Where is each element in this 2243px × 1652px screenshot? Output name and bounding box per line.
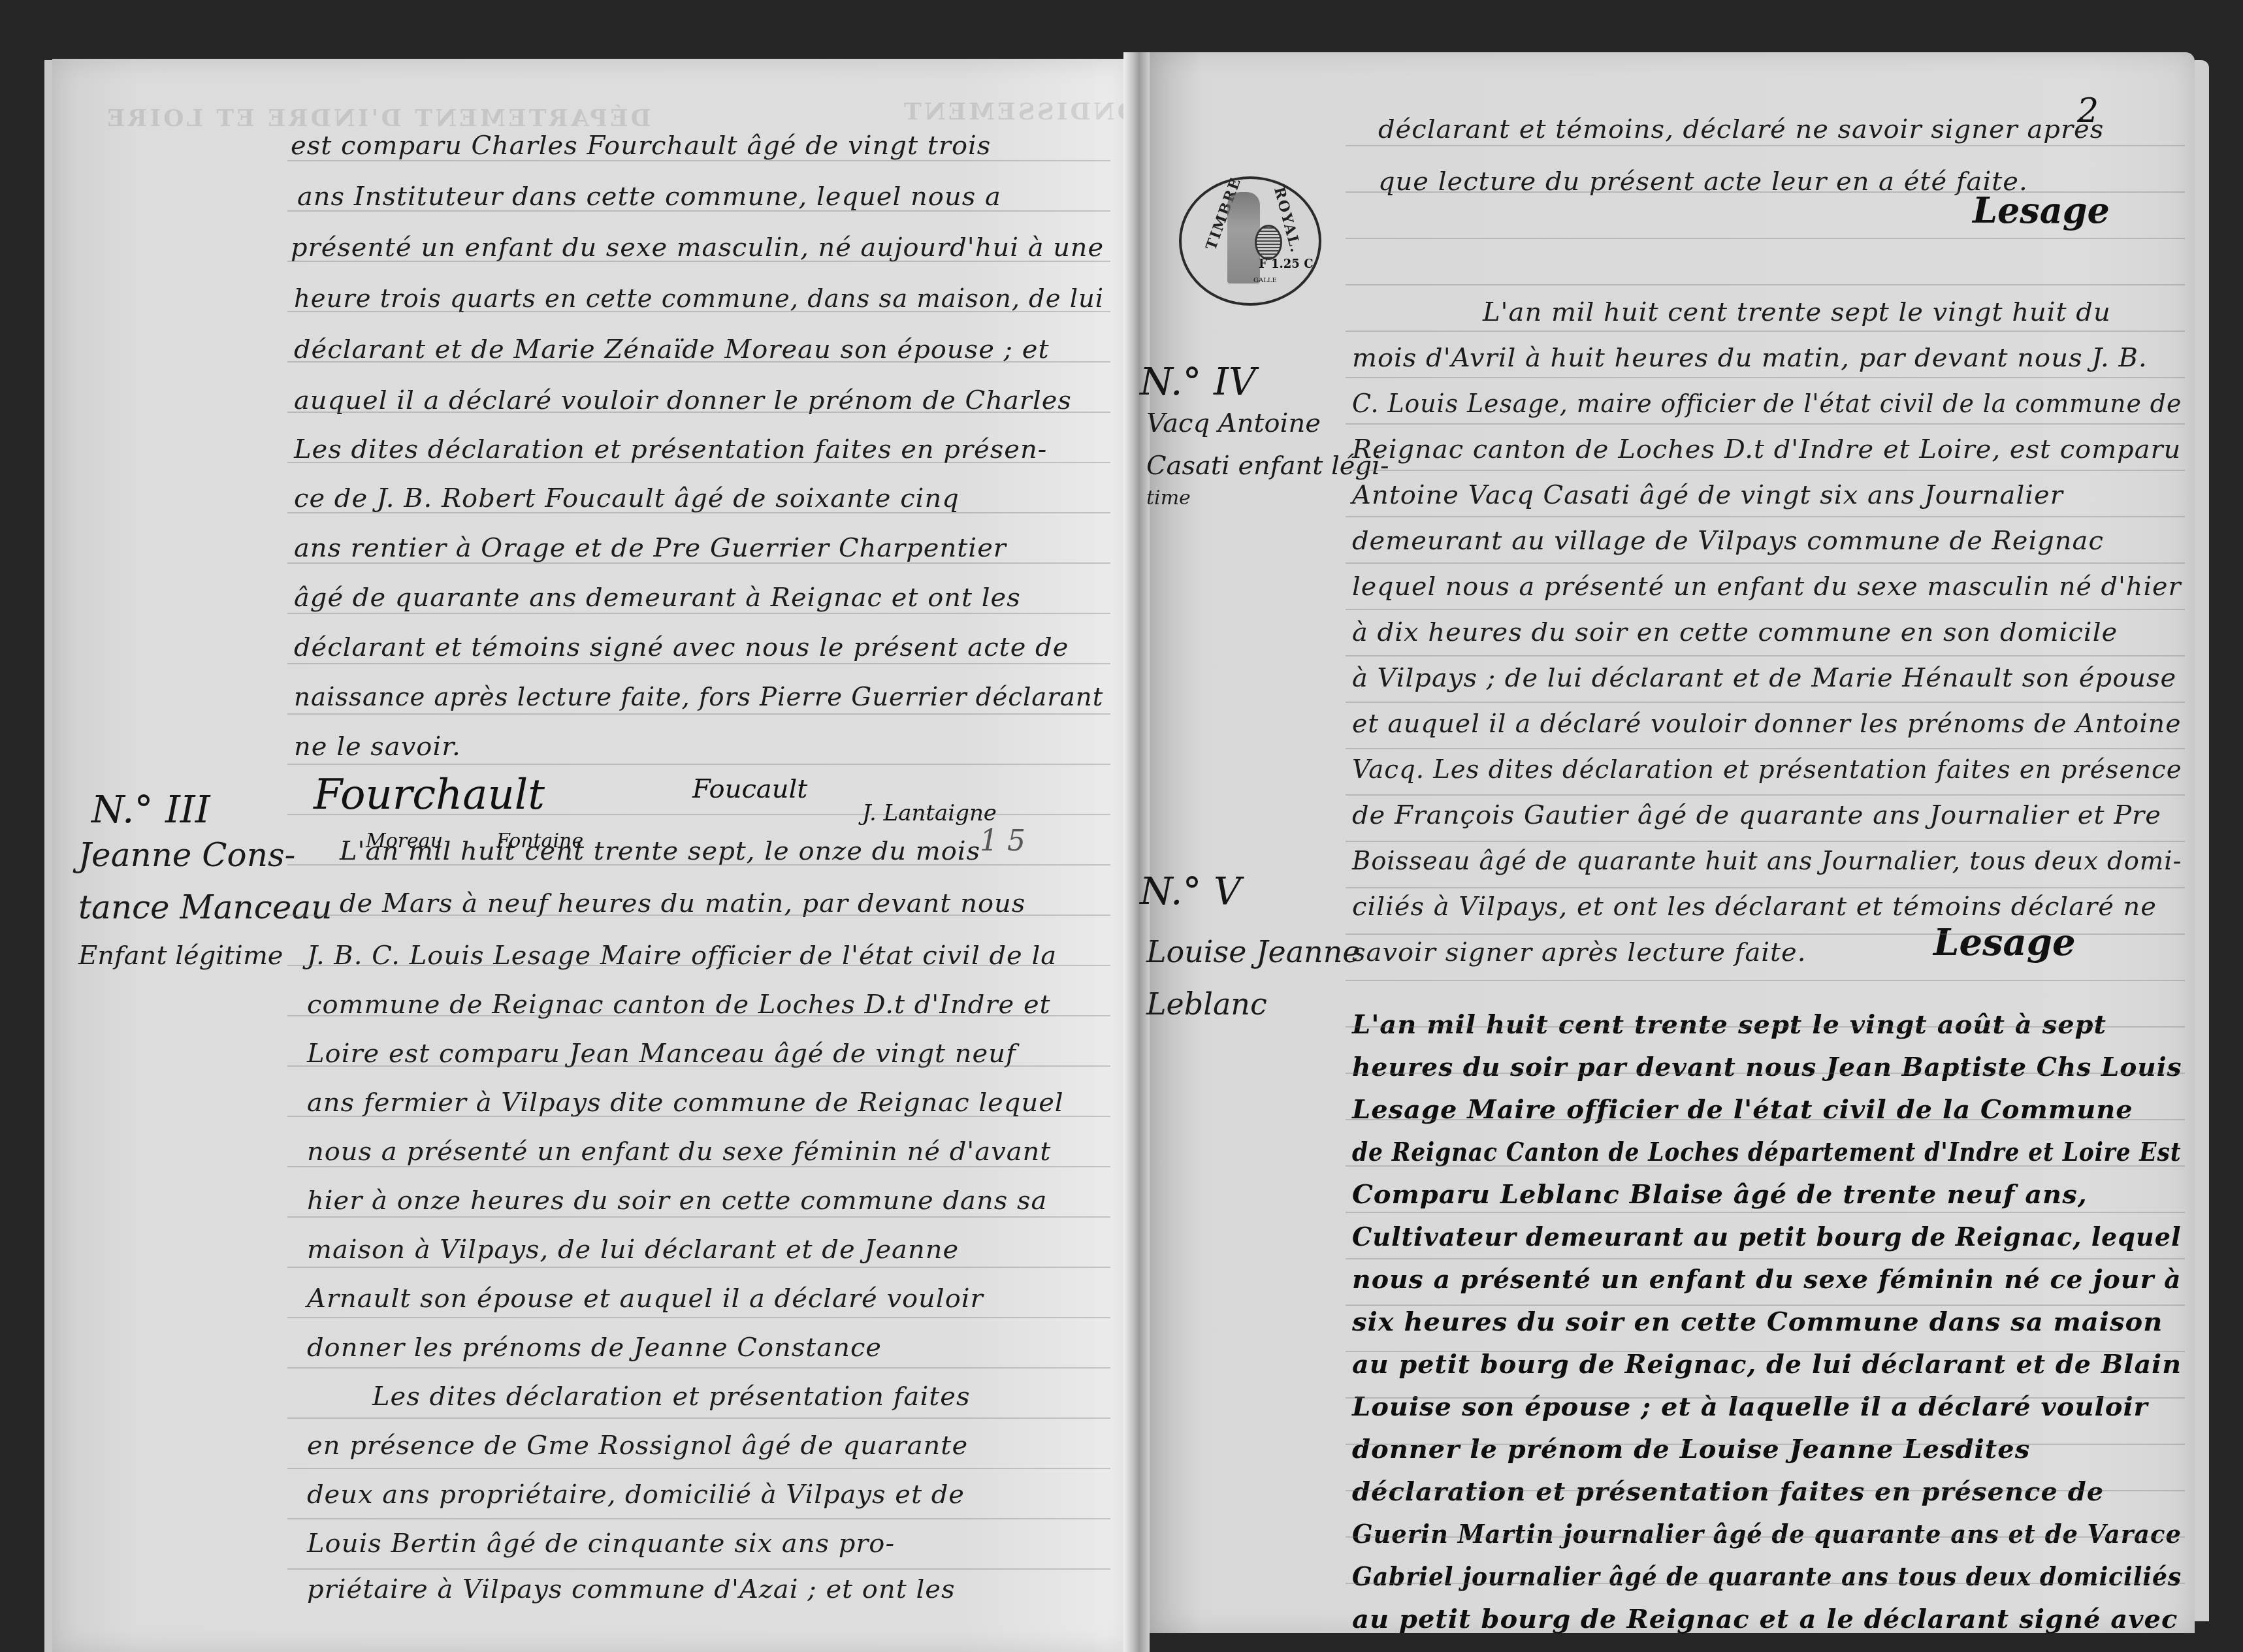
ruled-line — [287, 512, 1110, 513]
text-line: demeurant au village de Vilpays commune … — [1352, 526, 2104, 556]
text-line: Vacq. Les dites déclaration et présentat… — [1352, 754, 2182, 785]
ruled-line — [287, 613, 1110, 614]
text-line: maison à Vilpays, de lui déclarant et de… — [307, 1235, 959, 1265]
signature: Foucault — [692, 774, 807, 804]
ruled-line — [1346, 1026, 2185, 1028]
text-line: Louise son épouse ; et à laquelle il a d… — [1352, 1391, 2148, 1422]
margin-name: tance Manceau — [78, 888, 332, 926]
text-line: heure trois quarts en cette commune, dan… — [294, 283, 1104, 314]
ruled-line — [1346, 980, 2185, 981]
text-line: au petit bourg de Reignac, de lui déclar… — [1352, 1349, 2182, 1380]
text-line: à Vilpays ; de lui déclarant et de Marie… — [1352, 663, 2176, 693]
ruled-line — [287, 210, 1110, 212]
ruled-line — [1346, 1397, 2185, 1399]
text-line: déclarant et de Marie Zénaïde Moreau son… — [294, 334, 1049, 364]
mayor-signature: Lesage — [1933, 921, 2076, 964]
act-number: N.° IV — [1140, 359, 1256, 404]
act-number: N.° III — [91, 787, 210, 832]
ruled-line — [287, 1568, 1110, 1570]
text-line: Louis Bertin âgé de cinquante six ans pr… — [307, 1529, 895, 1559]
text-line: nous a présenté un enfant du sexe fémini… — [1352, 1264, 2181, 1295]
stamp-price: F 1.25 C — [1259, 257, 1313, 271]
ruled-line — [287, 814, 1110, 815]
text-line: savoir signer après lecture faite. — [1352, 937, 1806, 967]
ruled-line — [287, 1216, 1110, 1218]
text-line: Loire est comparu Jean Manceau âgé de vi… — [307, 1039, 1016, 1069]
ruled-line — [287, 915, 1110, 916]
ruled-line — [1346, 516, 2185, 517]
text-line: ans fermier à Vilpays dite commune de Re… — [307, 1088, 1064, 1118]
ruled-line — [287, 311, 1110, 312]
stray-mark: 1 5 — [980, 824, 1025, 858]
ruled-line — [287, 1116, 1110, 1117]
ruled-line — [287, 462, 1110, 463]
ruled-line — [1346, 191, 2185, 193]
ruled-line — [287, 1317, 1110, 1318]
ruled-line — [287, 864, 1110, 866]
ruled-line — [1346, 794, 2185, 796]
ruled-line — [1346, 1212, 2185, 1213]
ruled-line — [287, 361, 1110, 363]
margin-name: time — [1146, 487, 1191, 510]
text-line: en présence de Gme Rossignol âgé de quar… — [307, 1431, 968, 1461]
text-line: est comparu Charles Fourchault âgé de vi… — [291, 131, 991, 161]
text-line: ne le savoir. — [294, 732, 461, 762]
text-line: Les dites déclaration et présentation fa… — [294, 434, 1047, 464]
text-line: Reignac canton de Loches D.t d'Indre et … — [1352, 434, 2181, 464]
book-gutter — [1123, 52, 1150, 1652]
ruled-line — [1346, 470, 2185, 471]
right-page-edge — [2195, 60, 2209, 1621]
text-line: hier à onze heures du soir en cette comm… — [307, 1186, 1047, 1216]
text-line: au petit bourg de Reignac et a le déclar… — [1352, 1604, 2178, 1634]
margin-name: Jeanne Cons- — [78, 836, 295, 874]
text-line: déclaration et présentation faites en pr… — [1352, 1476, 2104, 1507]
ruled-line — [1346, 1258, 2185, 1259]
ruled-line — [1346, 562, 2185, 564]
text-line: ce de J. B. Robert Foucault âgé de soixa… — [294, 483, 960, 513]
ruled-line — [1346, 1119, 2185, 1120]
ruled-line — [287, 764, 1110, 765]
text-line: Gabriel journalier âgé de quarante ans t… — [1352, 1561, 2182, 1592]
ruled-line — [1346, 655, 2185, 656]
ruled-line — [1346, 1583, 2185, 1584]
ruled-line — [1346, 1073, 2185, 1074]
ruled-line — [287, 1468, 1110, 1469]
ruled-line — [287, 663, 1110, 664]
ruled-line — [1346, 1444, 2185, 1445]
text-line: priétaire à Vilpays commune d'Azai ; et … — [307, 1574, 956, 1604]
ruled-line — [287, 412, 1110, 413]
ruled-line — [1346, 145, 2185, 146]
mayor-signature: Lesage — [1973, 189, 2110, 231]
text-line: heures du soir par devant nous Jean Bapt… — [1352, 1052, 2182, 1082]
ruled-line — [287, 1166, 1110, 1167]
act-number: N.° V — [1140, 869, 1241, 913]
text-line: déclarant et témoins, déclaré ne savoir … — [1378, 114, 2104, 144]
ruled-line — [1346, 1165, 2185, 1167]
text-line: présenté un enfant du sexe masculin, né … — [291, 233, 1104, 263]
printed-header-bleed: DÉPARTEMENT D'INDRE ET LOIRE — [105, 105, 651, 132]
text-line: Guerin Martin journalier âgé de quarante… — [1352, 1519, 2182, 1549]
text-line: âgé de quarante ans demeurant à Reignac … — [294, 583, 1021, 613]
text-line: L'an mil huit cent trente sept le vingt … — [1483, 297, 2111, 327]
text-line: six heures du soir en cette Commune dans… — [1352, 1306, 2163, 1337]
text-line: nous a présenté un enfant du sexe fémini… — [307, 1137, 1051, 1167]
ruled-line — [287, 1518, 1110, 1519]
text-line: L'an mil huit cent trente sept le vingt … — [1352, 1009, 2106, 1040]
text-line: déclarant et témoins signé avec nous le … — [294, 632, 1069, 662]
text-line: ciliés à Vilpays, et ont les déclarant e… — [1352, 892, 2157, 922]
text-line: naissance après lecture faite, fors Pier… — [294, 682, 1103, 712]
ruled-line — [1346, 609, 2185, 610]
ruled-line — [287, 713, 1110, 715]
text-line: lequel nous a présenté un enfant du sexe… — [1352, 572, 2181, 602]
margin-name: Louise Jeanne — [1146, 934, 1361, 969]
text-line: ans rentier à Orage et de Pre Guerrier C… — [294, 533, 1007, 563]
ruled-line — [287, 1367, 1110, 1369]
text-line: C. Louis Lesage, maire officier de l'éta… — [1352, 389, 2182, 419]
stamp-maker: GALLE — [1253, 277, 1277, 284]
ruled-line — [1346, 748, 2185, 749]
text-line: J. B. C. Louis Lesage Maire officier de … — [307, 941, 1057, 971]
ruled-line — [287, 562, 1110, 564]
text-line: deux ans propriétaire, domicilié à Vilpa… — [307, 1480, 965, 1510]
ruled-line — [1346, 1490, 2185, 1491]
ruled-line — [287, 965, 1110, 966]
text-line: Cultivateur demeurant au petit bourg de … — [1352, 1222, 2181, 1252]
ruled-line — [1346, 331, 2185, 332]
ruled-line — [287, 1267, 1110, 1268]
margin-name: Vacq Antoine — [1146, 408, 1321, 438]
text-line: à dix heures du soir en cette commune en… — [1352, 617, 2118, 647]
ruled-line — [1346, 933, 2185, 935]
text-line: donner le prénom de Louise Jeanne Lesdit… — [1352, 1434, 2030, 1465]
text-line: Boisseau âgé de quarante huit ans Journa… — [1352, 846, 2182, 876]
ruled-line — [287, 160, 1110, 161]
ruled-line — [1346, 1351, 2185, 1352]
timbre-royal-stamp: TIMBRE ROYAL. F 1.25 C GALLE — [1179, 176, 1321, 306]
text-line: Arnault son épouse et auquel il a déclar… — [307, 1284, 984, 1314]
text-line: donner les prénoms de Jeanne Constance — [307, 1333, 882, 1363]
ruled-line — [287, 1065, 1110, 1067]
ruled-line — [1346, 841, 2185, 842]
text-line: Comparu Leblanc Blaise âgé de trente neu… — [1352, 1179, 2088, 1210]
text-line: et auquel il a déclaré vouloir donner le… — [1352, 709, 2181, 739]
ruled-line — [287, 261, 1110, 262]
signature: J. Lantaigne — [862, 800, 997, 826]
ruled-line — [1346, 423, 2185, 425]
signature: Fourchault — [314, 771, 545, 819]
text-line: ans Instituteur dans cette commune, lequ… — [297, 182, 1001, 212]
text-line: L'an mil huit cent trente sept, le onze … — [340, 836, 980, 866]
shield-icon — [1255, 225, 1282, 260]
ruled-line — [1346, 1536, 2185, 1538]
ruled-line — [1346, 238, 2185, 239]
text-line: mois d'Avril à huit heures du matin, par… — [1352, 343, 2148, 373]
margin-name: Leblanc — [1146, 986, 1267, 1022]
ruled-line — [1346, 1304, 2185, 1306]
text-line: Les dites déclaration et présentation fa… — [372, 1382, 970, 1412]
ruled-line — [287, 1417, 1110, 1419]
text-line: de François Gautier âgé de quarante ans … — [1352, 800, 2161, 830]
ruled-line — [1346, 284, 2185, 285]
ruled-line — [287, 1015, 1110, 1016]
ruled-line — [1346, 702, 2185, 703]
ruled-line — [1346, 887, 2185, 888]
margin-name: Enfant légitime — [78, 941, 283, 971]
ruled-line — [1346, 377, 2185, 378]
text-line: de Reignac Canton de Loches département … — [1352, 1137, 2181, 1167]
text-line: Antoine Vacq Casati âgé de vingt six ans… — [1352, 480, 2063, 510]
